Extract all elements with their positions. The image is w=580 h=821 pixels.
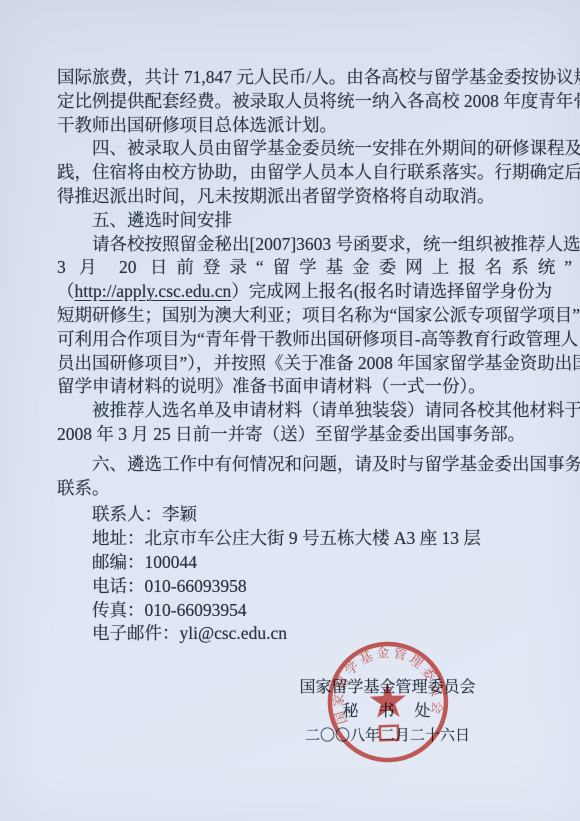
signing-org-name: 国家留学基金管理委员会	[295, 676, 480, 700]
signature-block: 国家留学基金管理委员会 秘 书 处 二〇〇八年二月二十六日	[295, 676, 480, 748]
doc-line-identity: 短期研修生；国别为澳大利亚；项目名称为“国家公派专项留学项目”；	[57, 304, 572, 328]
doc-line-contact-cont: 联系。	[57, 477, 572, 501]
doc-line-mail-deadline: 2008 年 3 月 25 日前一并寄（送）至留学基金委出国事务部。	[57, 423, 572, 447]
scanned-document-page: 国际旅费，共计 71,847 元人民币/人。由各高校与留学基金委按协议规 定比例…	[0, 0, 580, 821]
url-open-paren: （	[57, 281, 75, 301]
doc-line-coop-project: 可利用合作项目为“青年骨干教师出国研修项目-高等教育行政管理人	[57, 328, 572, 352]
address-line: 地址：北京市车公庄大街 9 号五栋大楼 A3 座 13 层	[57, 527, 572, 551]
signing-dept-name: 秘 书 处	[295, 700, 480, 724]
doc-line-section4: 四、被录取人员由留学基金委员统一安排在外期间的研修课程及实	[57, 137, 572, 161]
doc-line-plan: 干教师出国研修项目总体选派计划。	[57, 114, 572, 138]
signing-date: 二〇〇八年二月二十六日	[295, 724, 480, 748]
fax-line: 传真：010-66093954	[57, 599, 572, 623]
doc-line-accommodation: 践，住宿将由校方协助，由留学人员本人自行联系落实。行期确定后不	[57, 161, 572, 185]
email-line: 电子邮件：yli@csc.edu.cn	[57, 622, 572, 646]
document-body: 国际旅费，共计 71,847 元人民币/人。由各高校与留学基金委按协议规 定比例…	[57, 66, 572, 646]
doc-line-deadline-login: 3 月 20 日前登录“留学基金委网上报名系统”	[57, 256, 572, 280]
doc-line-materials: 留学申请材料的说明》准备书面申请材料（一式一份）。	[57, 375, 572, 399]
doc-line-nominee-list: 被推荐人选名单及申请材料（请单独装袋）请同各校其他材料于	[57, 399, 572, 423]
phone-line: 电话：010-66093958	[57, 575, 572, 599]
doc-line-no-delay: 得推迟派出时间，凡未按期派出者留学资格将自动取消。	[57, 185, 572, 209]
doc-line-travel-cost: 国际旅费，共计 71,847 元人民币/人。由各高校与留学基金委按协议规	[57, 66, 572, 90]
url-suffix-text: ）完成网上报名(报名时请选择留学身份为	[231, 281, 552, 301]
postcode-line: 邮编：100044	[57, 551, 572, 575]
doc-line-section5-title: 五、遴选时间安排	[57, 209, 572, 233]
registration-url-text: http://apply.csc.edu.cn	[75, 281, 232, 301]
doc-line-matching-funds: 定比例提供配套经费。被录取人员将统一纳入各高校 2008 年度青年骨	[57, 90, 572, 114]
doc-line-section6: 六、遴选工作中有何情况和问题，请及时与留学基金委出国事务部	[57, 453, 572, 477]
doc-line-per-instruction: 员出国研修项目”），并按照《关于准备 2008 年国家留学基金资助出国	[57, 352, 572, 376]
contact-person-line: 联系人：李颖	[57, 503, 572, 527]
doc-line-registration-url: （http://apply.csc.edu.cn）完成网上报名(报名时请选择留学…	[57, 280, 572, 304]
doc-line-requirement: 请各校按照留金秘出[2007]3603 号函要求，统一组织被推荐人选于	[57, 233, 572, 257]
